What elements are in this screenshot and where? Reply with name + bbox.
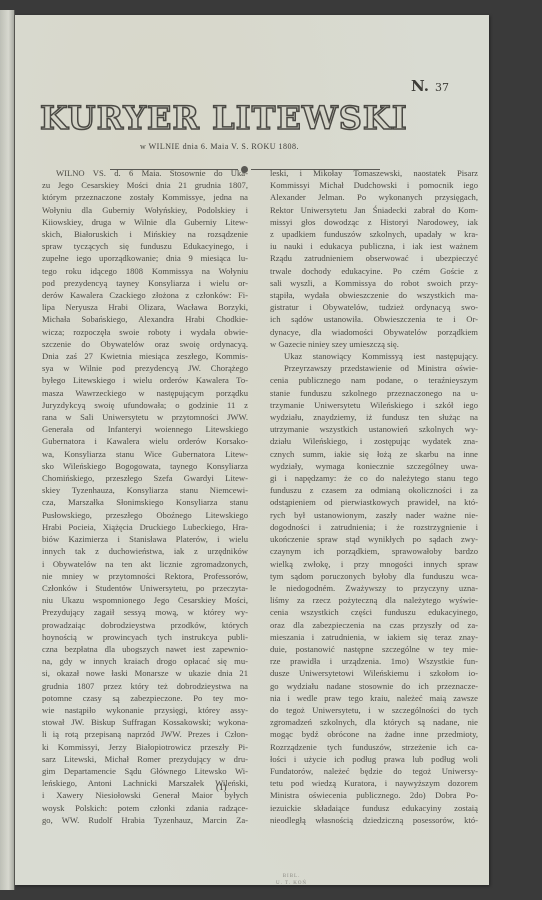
text-line: łości i użycie ich podług prawa lub podł… [270, 753, 478, 765]
text-line: wicza; rozpoczęła swoie roboty i wydała … [42, 326, 248, 338]
text-line: sali wyszli, a Kommissya do robot swoich… [270, 277, 478, 289]
text-line: sko Wileńskiego Bogogowata, taynego Kons… [42, 460, 248, 472]
text-line: którym przeznaczone zostały Kommissye, j… [42, 191, 248, 203]
text-line: cza, Marszałka Słonimskiego Konsyliarza … [42, 496, 248, 508]
text-line: Hrabi Pocieia, Xiążęcia Druckiego Lubeck… [42, 521, 248, 533]
text-line: skich, Białoruskich i Mińskiey na rozsąd… [42, 228, 248, 240]
masthead-title: KURYER LITEWSKI [40, 99, 440, 137]
text-line: stanie funduszu szkolnego przeznaczonego… [270, 387, 478, 399]
text-line: woysk Polskich: potem członki zdania rad… [42, 802, 248, 814]
text-line: Ukaz stanowiący Kommissyą iest następują… [270, 350, 478, 362]
text-line: pod prezydencyą tayney Konsyliarza i wie… [42, 277, 248, 289]
text-line: Chomińskiego, przeszłego Szefa Gwardyi L… [42, 472, 248, 484]
text-line: spraw tyczących się funduszu Edukacyineg… [42, 240, 248, 252]
text-line: Prezydujący zagaił sessyą mową, w którey… [42, 606, 248, 618]
text-line: leski, i Mikołay Tomaszewski, naostatek … [270, 167, 478, 179]
text-line: zupełne iego uporządkowanie; dnia 9 mies… [42, 252, 248, 264]
issue-number-value: 37 [435, 81, 449, 94]
text-line: li ią rotą przepisaną naprzód JWW. Preze… [42, 728, 248, 740]
text-line: trwale dochody edukacyine. Po czém Gości… [270, 265, 478, 277]
text-line: czna bezpłatna dla ubogszych nawet iest … [42, 643, 248, 655]
text-line: stował JW. Biskup Suffragan Kossakowski;… [42, 716, 248, 728]
text-line: czaynym ich porządkiem, sprawowałoby bar… [270, 545, 478, 557]
text-line: nie mniey w przytomności Rektora, Profes… [42, 570, 248, 582]
text-line: skiey Tyzenhauza, Konsyliarza stanu Niem… [42, 484, 248, 496]
text-line: rze prawidła i urządzenia. 1mo) Wszystki… [270, 655, 478, 667]
text-line: Juryzdykcyą swoię ufundowała; o godzinie… [42, 399, 248, 411]
text-line: Gubernatora i Kawalera wielu orderów Kor… [42, 435, 248, 447]
text-line: dynacye, dla wiadomości Obywatelów porzą… [270, 326, 478, 338]
text-line: dusze Uniwersytetowi Wileńskiemu i szkoł… [270, 667, 478, 679]
text-line: dogodności i zatrudnienia; i że rozstrzy… [270, 521, 478, 533]
text-line: stąpiła, wydała obwieszczenie do wszystk… [270, 289, 478, 301]
text-line: niu Ukazu wspomnionego Jego Cesarskiey M… [42, 594, 248, 606]
text-line: Ministra oświecenia publicznego. 2do) Do… [270, 789, 478, 801]
text-line: biów Kazimierza i Stanisława Platerów, i… [42, 533, 248, 545]
issue-label: N. [411, 77, 429, 95]
text-line: zgromadzeń szkolnych, dla których są nad… [270, 716, 478, 728]
text-line: iu nauki i edukacya publiczna, i iak ies… [270, 240, 478, 252]
text-line: wielką zwłokę, i przy mnogości innych sp… [270, 558, 478, 570]
text-line: w Gazecie niniey szey umieszczą się. [270, 338, 478, 350]
text-line: zu Jego Cesarskiey Mości dnia 21 grudnia… [42, 179, 248, 191]
text-line: ki Kommissyi, Jerzy Białopiotrowicz prze… [42, 741, 248, 753]
stamp-line: U. T. KOŃ [276, 880, 307, 887]
text-line: wie nastąpiło wykonanie przysięgi, które… [42, 704, 248, 716]
text-line: tego roku idącego 1808 Kommissya na Woły… [42, 265, 248, 277]
text-line: Dnia zaś 27 Kwietnia miesiąca zeszłego, … [42, 350, 248, 362]
text-line: sarz Litewski, Michał Romer prezydujący … [42, 753, 248, 765]
text-line: Przeyrzawszy przedstawienie od Ministra … [270, 362, 478, 374]
text-line: Członków i Studentów Uniwersytetu, po pr… [42, 582, 248, 594]
text-line: rana w Sali Uniwersytetu w przytomności … [42, 411, 248, 423]
text-line: nieodległą własnością dziedziczną posess… [270, 814, 478, 826]
text-line: na, gdy w innych kraiach drogo opłacać s… [42, 655, 248, 667]
text-line: utrzymanie wszystkich ustanowień szkolny… [270, 423, 478, 435]
text-line: tetu pod wiedzą Kuratora, i naywyższym d… [270, 777, 478, 789]
text-line: gistratur i Obywatelów, tudzież ordynacy… [270, 301, 478, 313]
text-line: nia i wedle praw tego kraiu, należeć mai… [270, 692, 478, 704]
text-line: prowadzaiąc dobrodzieystwa przodków, któ… [42, 619, 248, 631]
text-line: derów Kawalera Czackiego złożona z człon… [42, 289, 248, 301]
dateline: w WILNIE dnia 6. Maia V. S. ROKU 1808. [140, 142, 299, 151]
text-line: byłego Litewskiego i wielu orderów Kawal… [42, 374, 248, 386]
text-line: cznych summ, iakie się łożą ze skarbu na… [270, 448, 478, 460]
text-line: Fundatorów, należeć będzie do tegoż Uniw… [270, 765, 478, 777]
text-line: Michała Sobańskiego, Alexandra Hrabi Cho… [42, 313, 248, 325]
text-line: go, WW. Rudolf Hrabia Tyzenhauz, Marcin … [42, 814, 248, 826]
text-line: gi i napędzamy: że co do należytego stan… [270, 472, 478, 484]
text-line: liśmy za rzecz pożyteczną dla należytego… [270, 594, 478, 606]
text-line: duie, postanowić następne szczególne w t… [270, 643, 478, 655]
text-line: Generała od Infanteryi woiennego Litewsk… [42, 423, 248, 435]
book-binding-strip [0, 10, 15, 890]
article-column-left: WILNO VS. d. 6 Maia. Stosownie do Uka-zu… [42, 167, 248, 826]
text-line: szczenie do Obywatelów oraz swoię ordyna… [42, 338, 248, 350]
article-column-right: leski, i Mikołay Tomaszewski, naostatek … [270, 167, 478, 826]
text-line: potomne czasy są zabezpieczone. Po tey m… [42, 692, 248, 704]
text-line: go wydziału nadane stosownie do ich prze… [270, 680, 478, 692]
text-line: Alexander Jelman. Po wykonanych przysięg… [270, 191, 478, 203]
text-line: mogąc bydź obrócone na żadne inne przedm… [270, 728, 478, 740]
text-line: Rektor Uniwersytetu Jan Śniadecki zabrał… [270, 204, 478, 216]
text-line: trzymanie Uniwersytetu Wileńskiego i szk… [270, 399, 478, 411]
text-line: mieszania i zatrudnienia, w iakiem się t… [270, 631, 478, 643]
text-line: hoynością w prowincyach tych instrukcya … [42, 631, 248, 643]
text-line: innych tak z duchowieństwa, iak z urzędn… [42, 545, 248, 557]
text-line: działu Wileńskiego, i zostępując wydatek… [270, 435, 478, 447]
text-line: ukończenie spraw stąd wynikłych po sądac… [270, 533, 478, 545]
text-line: cenia wszystkich części funduszu edukacy… [270, 606, 478, 618]
text-line: wydziału, znaydziemy, iż fundusz ten słu… [270, 411, 478, 423]
text-line: tym sądom poruczonych byłoby dla fundusz… [270, 570, 478, 582]
text-line: Rozrządzenie tych funduszów, strzeżenie … [270, 741, 478, 753]
text-line: iezuickie składaiące fundusz edukacyiny … [270, 802, 478, 814]
text-line: z upadkiem funduszów szkolnych, upadały … [270, 228, 478, 240]
text-line: Rządu zatrudnieniem obserwować i ubezpie… [270, 252, 478, 264]
page-folio: (1) [216, 782, 227, 792]
text-line: cenia publicznego nam podane, o teraźnie… [270, 374, 478, 386]
text-line: odstąpieniem od pierwiastkowych prawideł… [270, 496, 478, 508]
stamp-line: BIBL. [276, 873, 307, 880]
text-line: do tegoż Uniwersytetu, i w szczególności… [270, 704, 478, 716]
text-line: gim Departamencie Sądu Głównego Litewsko… [42, 765, 248, 777]
text-line: lipa Neryusza Hrabi Olizara, Wacława Bor… [42, 301, 248, 313]
text-line: le niedogodném. Zważywszy to przyczyny u… [270, 582, 478, 594]
text-line: si, okazał nowe łaski Monarsze w ukazie … [42, 667, 248, 679]
text-line: wa, Konsyliarza stanu Wice Gubernatora L… [42, 448, 248, 460]
text-line: oraz dla zabezpieczenia na czas przyszły… [270, 619, 478, 631]
text-line: funduszu z czasem za odmianą okolicznośc… [270, 484, 478, 496]
text-line: WILNO VS. d. 6 Maia. Stosownie do Uka- [42, 167, 248, 179]
text-line: Pusłowskiego, przeszłego Oboźnego Litews… [42, 509, 248, 521]
text-line: Kiiowskiey, druga w Wilnie dla Guberniy … [42, 216, 248, 228]
issue-number: N.37 [411, 77, 449, 95]
text-line: sya w Wilnie pod prezydencyą JW. Chorąże… [42, 362, 248, 374]
text-line: i Obywatelów na ten akt licznie zgromadz… [42, 558, 248, 570]
text-line: masza Wawrzeckiego w następującym porząd… [42, 387, 248, 399]
text-line: Wołyniu dla Guberniy Wołyńskiey, Podolsk… [42, 204, 248, 216]
library-stamp: BIBL. U. T. KOŃ [276, 873, 307, 887]
text-line: missyi głos dowodząc z Historyi Narodowe… [270, 216, 478, 228]
text-line: grudnia 1807 przez który też dobrodzieys… [42, 680, 248, 692]
text-line: rych był ustanowionym, zaszły nader ważn… [270, 509, 478, 521]
text-line: Kommissyi Michał Dudchowski i pomocnik i… [270, 179, 478, 191]
text-line: ich sądów ustanowiła. Obwieszczenia te i… [270, 313, 478, 325]
text-line: wydziały, wymaga koniecznie szczególney … [270, 460, 478, 472]
